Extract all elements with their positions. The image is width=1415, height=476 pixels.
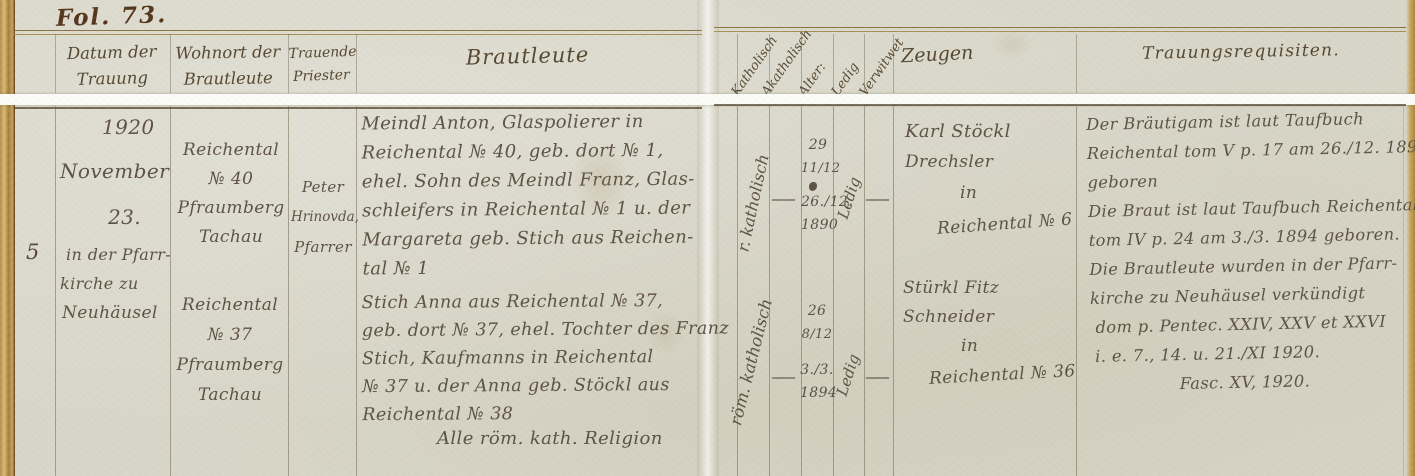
cell-groom-religion: r. katholisch [733,152,772,253]
column-header-witnesses: Zeugen [901,39,1032,68]
cell-witness-1: Karl StöcklDrechslerinReichental № 6 [905,116,1077,240]
top-rule [14,34,702,35]
register-page: Fol. 73. Datum der Trauung Wohnort der B… [0,0,1415,476]
column-divider [356,106,357,476]
column-divider [864,106,865,476]
cell-groom-age: 2911/1226./12.1890 [801,134,835,237]
cell-wedding-date: 1920November23.in der Pfarr-kirche zuNeu… [58,112,170,329]
column-header-requisites: Trauungsrequisiten. [1080,39,1402,65]
cell-groom-widowed-dash: — [865,190,891,208]
cell-groom-non-catholic-dash: — [771,190,797,208]
page-right-edge [1406,0,1415,476]
column-divider [288,106,289,476]
column-header-residence: Wohnort der Brautleute [172,39,285,93]
column-header-bridal-couple: Brautleute [360,40,696,73]
binding-edge [0,0,15,476]
column-divider [55,34,56,93]
cell-witness-2: Stürkl FitzSchneiderinReichental № 36 [903,274,1075,390]
cell-groom-entry: Meindl Anton, Glaspolierer inReichental … [361,107,699,284]
column-header-priest: Trauende Priester [288,41,354,89]
column-divider [893,106,894,476]
row-number: 5 [26,240,40,264]
column-divider [170,106,171,476]
column-divider [55,106,56,476]
cell-marriage-requisites: Der Bräutigam ist laut TaufbuchReichenta… [1086,103,1410,400]
cell-bride-widowed-dash: — [865,368,891,386]
cell-bride-residence: Reichental№ 37PfraumbergTachau [174,290,286,410]
column-header-wedding-date: Datum der Trauung [57,39,166,94]
cell-bride-non-catholic-dash: — [771,368,797,386]
folio-label: Fol. 73. [56,1,168,32]
religion-note: Alle röm. kath. Religion [437,428,663,449]
top-rule [714,27,1406,28]
cell-bride-single-status: Ledig [833,352,863,398]
cell-officiating-priest: PeterHrinovda,Pfarrer [291,172,355,262]
top-rule [714,31,1406,32]
page-gutter [697,0,719,476]
cell-groom-residence: Reichental№ 40PfraumbergTachau [176,136,286,252]
cell-bride-entry: Stich Anna aus Reichental № 37,geb. dort… [362,287,699,429]
cell-groom-single-status: Ledig [834,175,864,221]
cell-bride-age: 268/123./3.1894 [800,300,834,405]
top-rule [14,30,702,31]
column-divider [1076,34,1077,93]
